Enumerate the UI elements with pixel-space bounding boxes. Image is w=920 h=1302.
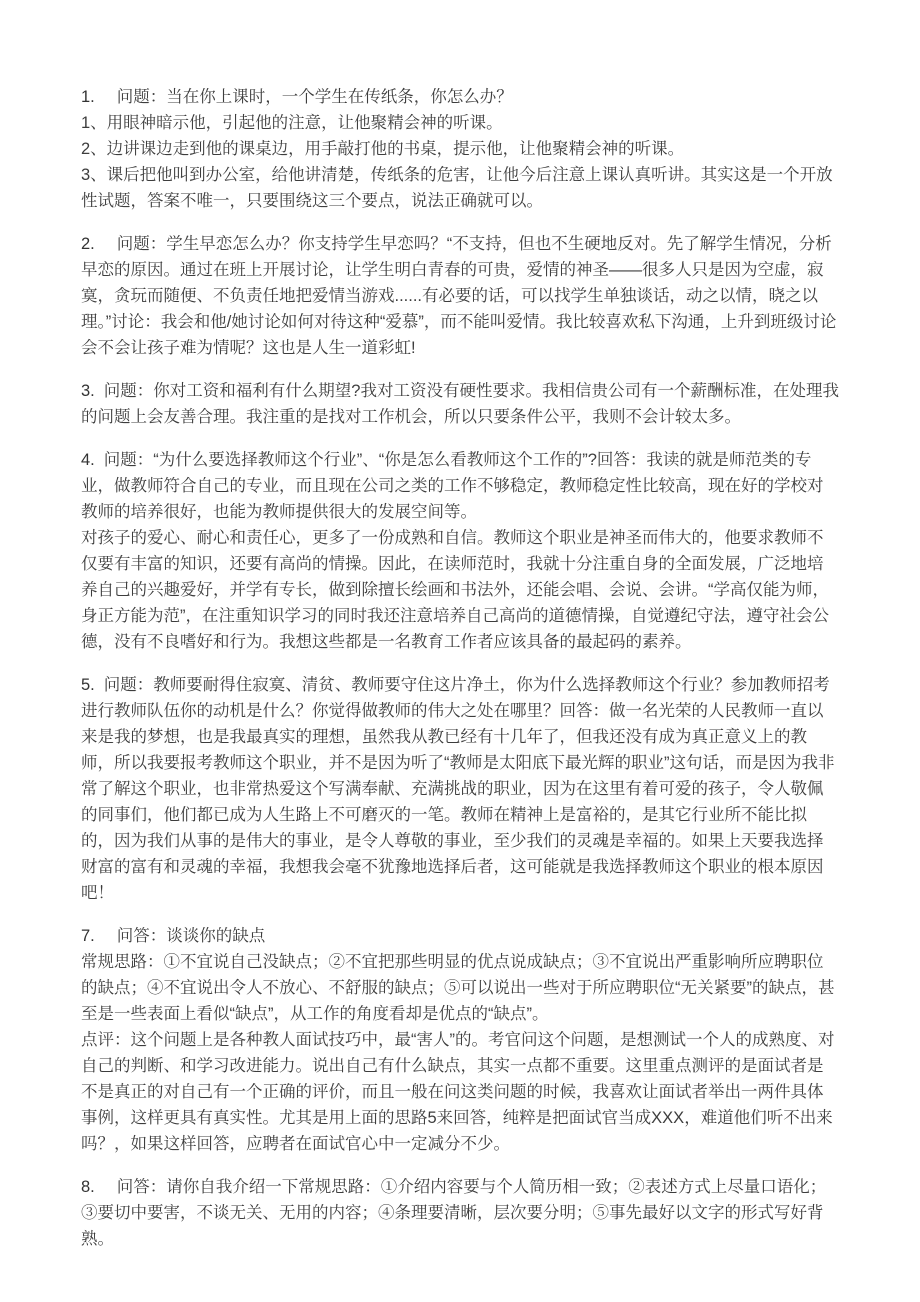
qa-item-4: 4.问题：“为什么要选择教师这个行业”、“你是怎么看教师这个工作的”?回答：我读… [81,447,839,655]
qa-item-5: 5.问题：教师要耐得住寂寞、清贫、教师要守住这片净土，你为什么选择教师这个行业？… [81,672,839,906]
qa-item-7: 7.问答：谈谈你的缺点 常规思路：①不宜说自己没缺点；②不宜把那些明显的优点说成… [81,923,839,1157]
question-paragraph: 8.问答：请你自我介绍一下常规思路：①介绍内容要与个人简历相一致；②表述方式上尽… [81,1174,839,1252]
answer-paragraph: 3、课后把他叫到办公室，给他讲清楚，传纸条的危害，让他今后注意上课认真听讲。其实… [81,162,839,214]
qa-item-1: 1.问题：当在你上课时，一个学生在传纸条，你怎么办？ 1、用眼神暗示他，引起他的… [81,84,839,214]
answer-paragraph: 1、用眼神暗示他，引起他的注意，让他聚精会神的听课。 [81,110,839,136]
question-paragraph: 2.问题：学生早恋怎么办？你支持学生早恋吗？“不支持，但也不生硬地反对。先了解学… [81,231,839,361]
question-text: 问题：你对工资和福利有什么期望?我对工资没有硬性要求。我相信贵公司有一个薪酬标准… [81,382,839,426]
question-paragraph: 7.问答：谈谈你的缺点 [81,923,839,949]
qa-item-2: 2.问题：学生早恋怎么办？你支持学生早恋吗？“不支持，但也不生硬地反对。先了解学… [81,231,839,361]
question-paragraph: 5.问题：教师要耐得住寂寞、清贫、教师要守住这片净土，你为什么选择教师这个行业？… [81,672,839,906]
item-number: 3. [81,378,95,404]
qa-item-8: 8.问答：请你自我介绍一下常规思路：①介绍内容要与个人简历相一致；②表述方式上尽… [81,1174,839,1252]
answer-paragraph: 常规思路：①不宜说自己没缺点；②不宜把那些明显的优点说成缺点；③不宜说出严重影响… [81,949,839,1027]
question-paragraph: 3.问题：你对工资和福利有什么期望?我对工资没有硬性要求。我相信贵公司有一个薪酬… [81,378,839,430]
question-text: 问答：请你自我介绍一下常规思路：①介绍内容要与个人简历相一致；②表述方式上尽量口… [81,1178,826,1248]
question-paragraph: 4.问题：“为什么要选择教师这个行业”、“你是怎么看教师这个工作的”?回答：我读… [81,447,839,525]
document-page: 1.问题：当在你上课时，一个学生在传纸条，你怎么办？ 1、用眼神暗示他，引起他的… [0,0,920,1302]
qa-item-3: 3.问题：你对工资和福利有什么期望?我对工资没有硬性要求。我相信贵公司有一个薪酬… [81,378,839,430]
question-text: 问答：谈谈你的缺点 [117,927,266,945]
answer-paragraph: 点评：这个问题上是各种教人面试技巧中，最“害人”的。考官问这个问题，是想测试一个… [81,1027,839,1157]
question-paragraph: 1.问题：当在你上课时，一个学生在传纸条，你怎么办？ [81,84,839,110]
item-number: 2. [81,231,95,257]
answer-paragraph: 对孩子的爱心、耐心和责任心，更多了一份成熟和自信。教师这个职业是神圣而伟大的，他… [81,525,839,655]
question-text: 问题：教师要耐得住寂寞、清贫、教师要守住这片净土，你为什么选择教师这个行业？参加… [81,676,835,902]
question-text: 问题：“为什么要选择教师这个行业”、“你是怎么看教师这个工作的”?回答：我读的就… [81,451,824,521]
item-number: 1. [81,84,95,110]
item-number: 4. [81,447,95,473]
item-number: 8. [81,1174,95,1200]
item-number: 7. [81,923,95,949]
answer-paragraph: 2、边讲课边走到他的课桌边，用手敲打他的书桌，提示他，让他聚精会神的听课。 [81,136,839,162]
question-text: 问题：学生早恋怎么办？你支持学生早恋吗？“不支持，但也不生硬地反对。先了解学生情… [81,235,836,357]
item-number: 5. [81,672,95,698]
question-text: 问题：当在你上课时，一个学生在传纸条，你怎么办？ [117,88,513,106]
